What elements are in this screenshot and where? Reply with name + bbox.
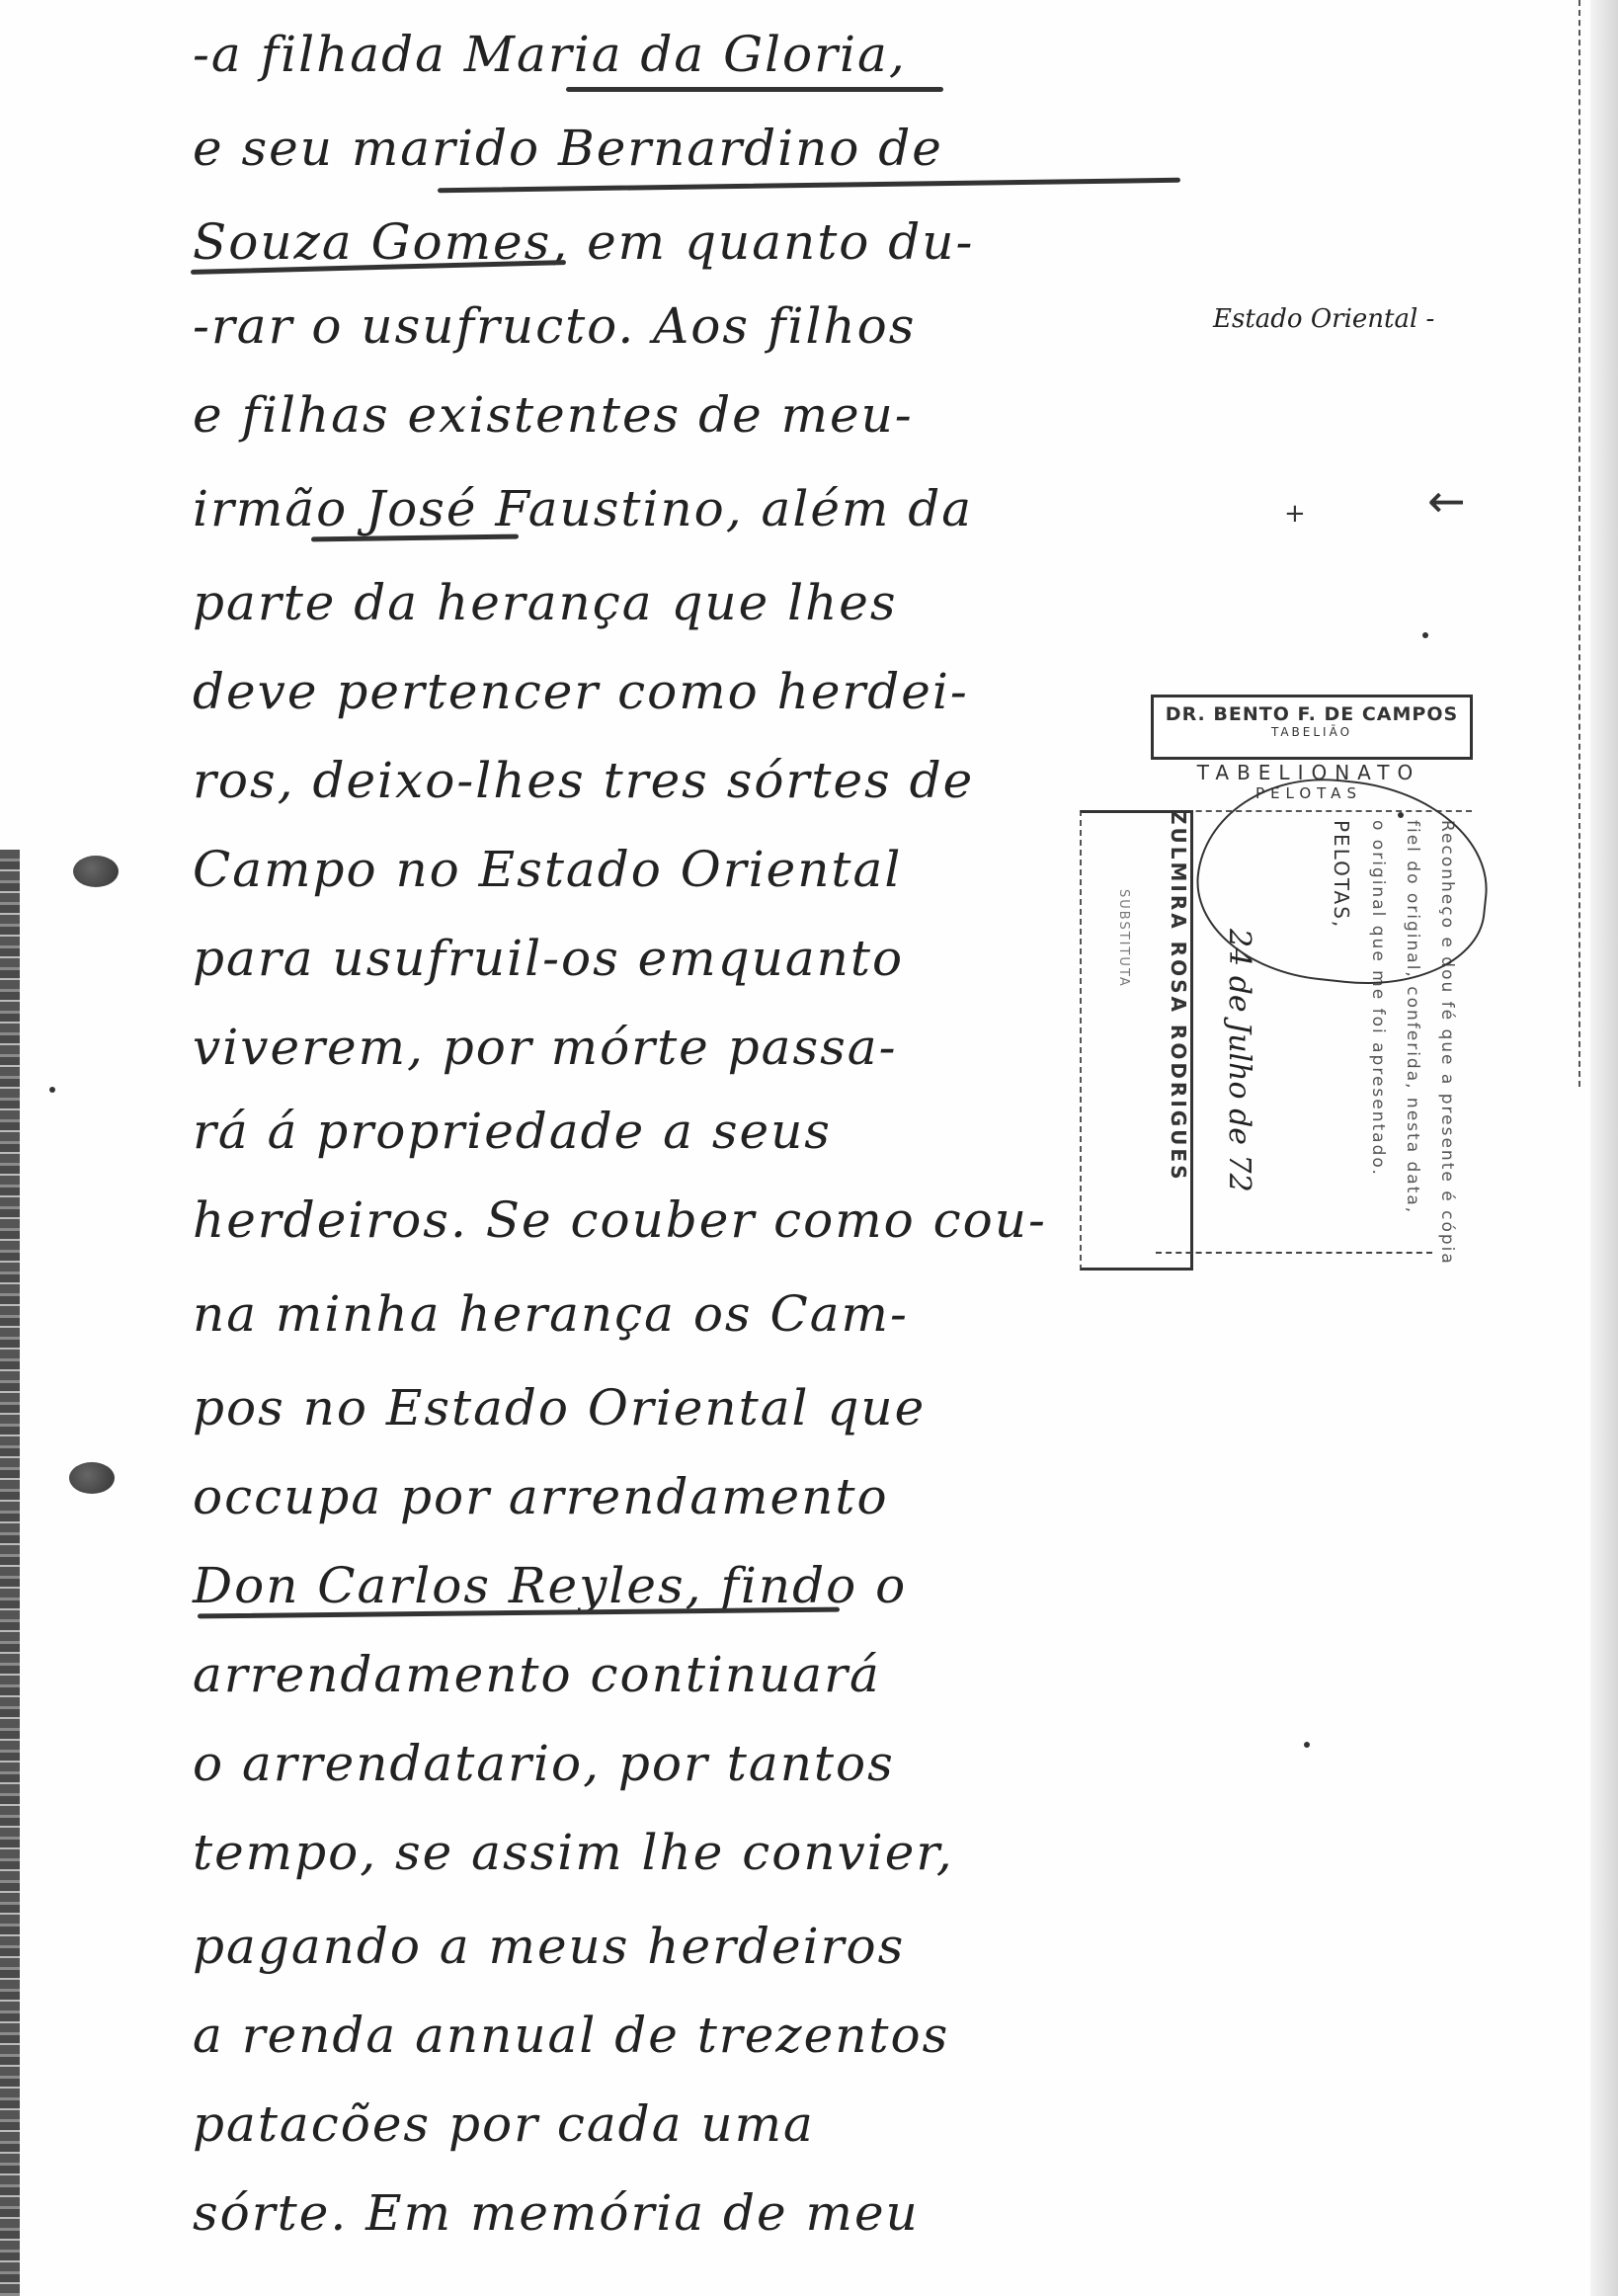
manuscript-line-3: Souza Gomes, em quanto du- (193, 212, 1210, 272)
manuscript-line-25: sórte. Em memória de meu (193, 2183, 1210, 2243)
manuscript-line-18: Don Carlos Reyles, findo o (193, 1556, 1210, 1615)
page-edge-line (1578, 0, 1582, 1087)
manuscript-line-10: Campo no Estado Oriental (193, 840, 1210, 899)
ink-speck (49, 1087, 55, 1093)
manuscript-line-17: occupa por arrendamento (193, 1467, 1210, 1526)
ink-speck (1304, 1742, 1310, 1748)
notary-name: DR. BENTO F. DE CAMPOS (1154, 703, 1470, 725)
stamp-handwritten-date: 24 de Julho de 72 (1222, 929, 1256, 1192)
manuscript-line-2: e seu marido Bernardino de (193, 119, 1210, 178)
manuscript-line-8: deve pertencer como herdei- (193, 662, 1210, 721)
ink-speck (1422, 632, 1428, 638)
stamp-substitute-title: SUBSTITUTA (1101, 889, 1131, 1265)
cross-mark: + (1284, 499, 1306, 529)
manuscript-line-14: herdeiros. Se couber como cou- (193, 1190, 1210, 1250)
arrow-left-icon: ← (1427, 474, 1466, 528)
manuscript-line-15: na minha herança os Cam- (193, 1284, 1210, 1344)
manuscript-line-5: e filhas existentes de meu- (193, 385, 1210, 445)
stamp-bottom-line (1156, 1252, 1432, 1254)
manuscript-line-19: arrendamento continuará (193, 1645, 1210, 1704)
document-page: -a filhada Maria da Gloria, e seu marido… (0, 0, 1618, 2296)
notary-stamp-name-box: DR. BENTO F. DE CAMPOS TABELIÃO (1151, 695, 1473, 760)
stamp-substitute-name: ZULMIRA ROSA RODRIGUES (1151, 810, 1190, 1255)
ink-speck (1398, 812, 1404, 818)
scan-binding-edge (0, 850, 20, 2296)
manuscript-line-9: ros, deixo-lhes tres sórtes de (193, 751, 1210, 810)
manuscript-line-20: o arrendatario, por tantos (193, 1734, 1210, 1793)
manuscript-line-7: parte da herança que lhes (193, 573, 1210, 632)
manuscript-line-13: rá á propriedade a seus (193, 1102, 1210, 1161)
manuscript-line-11: para usufruil-os emquanto (193, 929, 1210, 988)
scan-right-shadow (1590, 0, 1618, 2296)
underline-maria-da-gloria (566, 87, 943, 92)
manuscript-line-23: a renda annual de trezentos (193, 2006, 1210, 2065)
margin-note-estado-oriental: Estado Oriental - (1213, 304, 1434, 334)
manuscript-line-22: pagando a meus herdeiros (193, 1917, 1210, 1976)
punch-hole-top (73, 856, 119, 887)
manuscript-line-4: -rar o usufructo. Aos filhos (193, 296, 1210, 356)
manuscript-line-24: patacões por cada uma (193, 2094, 1210, 2154)
underline-bernardino (438, 178, 1180, 193)
manuscript-line-16: pos no Estado Oriental que (193, 1378, 1210, 1437)
notary-role: TABELIÃO (1154, 725, 1470, 739)
manuscript-line-1: -a filhada Maria da Gloria, (193, 25, 1210, 84)
manuscript-line-21: tempo, se assim lhe convier, (193, 1823, 1210, 1882)
punch-hole-bottom (69, 1462, 115, 1494)
manuscript-line-6: irmão José Faustino, além da (193, 479, 1210, 538)
manuscript-line-12: viverem, por mórte passa- (193, 1018, 1210, 1077)
